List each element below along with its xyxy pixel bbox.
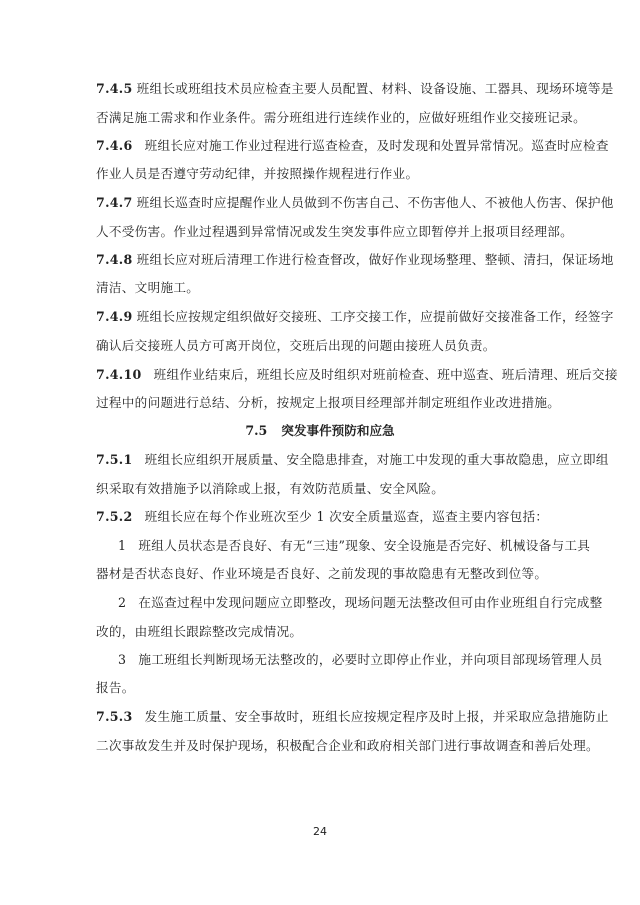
section-number: 7.5 bbox=[245, 423, 267, 438]
clause-7-5-1: 7.5.1班组长应组织开展质量、安全隐患排查，对施工中发现的重大事故隐患，应立即… bbox=[96, 452, 548, 468]
list-item-text: 在巡查过程中发现问题应立即整改，现场问题无法整改但可由作业班组自行完成整 bbox=[138, 595, 602, 610]
clause-number: 7.4.8 bbox=[96, 252, 133, 267]
clause-text-line: 确认后交接班人员方可离开岗位，交班后出现的问题由接班人员负责。 bbox=[96, 338, 548, 354]
clause-number: 7.5.2 bbox=[96, 509, 133, 524]
clause-text: 班组长应对班后清理工作进行检查督改，做好作业现场整理、整顿、清扫，保证场地 bbox=[137, 252, 614, 267]
clause-text: 班组作业结束后，班组长应及时组织对班前检查、班中巡查、班后清理、班后交接 bbox=[154, 367, 618, 382]
clause-text-line: 作业人员是否遵守劳动纪律，并按照操作规程进行作业。 bbox=[96, 166, 548, 182]
document-page: 7.4.5班组长或班组技术员应检查主要人员配置、材料、设备设施、工器具、现场环境… bbox=[0, 0, 640, 905]
clause-text-line: 织采取有效措施予以消除或上报，有效防范质量、安全风险。 bbox=[96, 481, 548, 497]
list-item-text-line: 器材是否状态良好、作业环境是否良好、之前发现的事故隐患有无整改到位等。 bbox=[96, 566, 548, 582]
clause-number: 7.4.10 bbox=[96, 367, 142, 382]
clause-text-line: 过程中的问题进行总结、分析，按规定上报项目经理部并制定班组作业改进措施。 bbox=[96, 395, 548, 411]
clause-number: 7.4.6 bbox=[96, 138, 133, 153]
page-number: 24 bbox=[0, 825, 640, 838]
clause-text: 班组长或班组技术员应检查主要人员配置、材料、设备设施、工器具、现场环境等是 bbox=[137, 81, 614, 96]
clause-number: 7.4.5 bbox=[96, 81, 133, 96]
clause-7-4-5: 7.4.5班组长或班组技术员应检查主要人员配置、材料、设备设施、工器具、现场环境… bbox=[96, 81, 548, 97]
clause-number: 7.4.7 bbox=[96, 195, 133, 210]
clause-number: 7.5.3 bbox=[96, 709, 133, 724]
list-item-1: 1班组人员状态是否良好、有无“三违”现象、安全设施是否完好、机械设备与工具 bbox=[118, 538, 570, 554]
clause-text: 发生施工质量、安全事故时，班组长应按规定程序及时上报，并采取应急措施防止 bbox=[145, 709, 609, 724]
clause-7-5-2: 7.5.2班组长应在每个作业班次至少 1 次安全质量巡查，巡查主要内容包括： bbox=[96, 509, 548, 525]
clause-number: 7.5.1 bbox=[96, 452, 133, 467]
list-item-text-line: 改的，由班组长跟踪整改完成情况。 bbox=[96, 624, 548, 640]
clause-7-4-6: 7.4.6班组长应对施工作业过程进行巡查检查，及时发现和处置异常情况。巡查时应检… bbox=[96, 138, 548, 154]
clause-text: 班组长巡查时应提醒作业人员做到不伤害自己、不伤害他人、不被他人伤害、保护他 bbox=[137, 195, 614, 210]
clause-text: 班组长应组织开展质量、安全隐患排查，对施工中发现的重大事故隐患，应立即组 bbox=[145, 452, 609, 467]
list-item-number: 1 bbox=[118, 538, 126, 553]
list-item-text-line: 报告。 bbox=[96, 680, 548, 696]
list-item-2: 2在巡查过程中发现问题应立即整改，现场问题无法整改但可由作业班组自行完成整 bbox=[118, 595, 570, 611]
list-item-text: 班组人员状态是否良好、有无“三违”现象、安全设施是否完好、机械设备与工具 bbox=[138, 538, 590, 553]
list-item-number: 3 bbox=[118, 652, 126, 667]
clause-text: 班组长应按规定组织做好交接班、工序交接工作，应提前做好交接准备工作，经签字 bbox=[137, 309, 614, 324]
clause-7-4-8: 7.4.8班组长应对班后清理工作进行检查督改，做好作业现场整理、整顿、清扫，保证… bbox=[96, 252, 548, 268]
clause-7-4-9: 7.4.9班组长应按规定组织做好交接班、工序交接工作，应提前做好交接准备工作，经… bbox=[96, 309, 548, 325]
clause-number: 7.4.9 bbox=[96, 309, 133, 324]
clause-text-line: 二次事故发生并及时保护现场，积极配合企业和政府相关部门进行事故调查和善后处理。 bbox=[96, 738, 548, 754]
section-heading-7-5: 7.5突发事件预防和应急 bbox=[0, 423, 640, 439]
list-item-3: 3施工班组长判断现场无法整改的，必要时立即停止作业，并向项目部现场管理人员 bbox=[118, 652, 570, 668]
clause-text: 班组长应在每个作业班次至少 1 次安全质量巡查，巡查主要内容包括： bbox=[145, 509, 549, 524]
list-item-text: 施工班组长判断现场无法整改的，必要时立即停止作业，并向项目部现场管理人员 bbox=[138, 652, 602, 667]
clause-text-line: 否满足施工需求和作业条件。需分班组进行连续作业的，应做好班组作业交接班记录。 bbox=[96, 110, 548, 126]
list-item-number: 2 bbox=[118, 595, 126, 610]
clause-7-5-3: 7.5.3发生施工质量、安全事故时，班组长应按规定程序及时上报，并采取应急措施防… bbox=[96, 709, 548, 725]
section-title: 突发事件预防和应急 bbox=[281, 423, 394, 438]
clause-7-4-10: 7.4.10班组作业结束后，班组长应及时组织对班前检查、班中巡查、班后清理、班后… bbox=[96, 367, 548, 383]
clause-text: 班组长应对施工作业过程进行巡查检查，及时发现和处置异常情况。巡查时应检查 bbox=[145, 138, 609, 153]
clause-text-line: 人不受伤害。作业过程遇到异常情况或发生突发事件应立即暂停并上报项目经理部。 bbox=[96, 224, 548, 240]
clause-7-4-7: 7.4.7班组长巡查时应提醒作业人员做到不伤害自己、不伤害他人、不被他人伤害、保… bbox=[96, 195, 548, 211]
clause-text-line: 清洁、文明施工。 bbox=[96, 280, 548, 296]
